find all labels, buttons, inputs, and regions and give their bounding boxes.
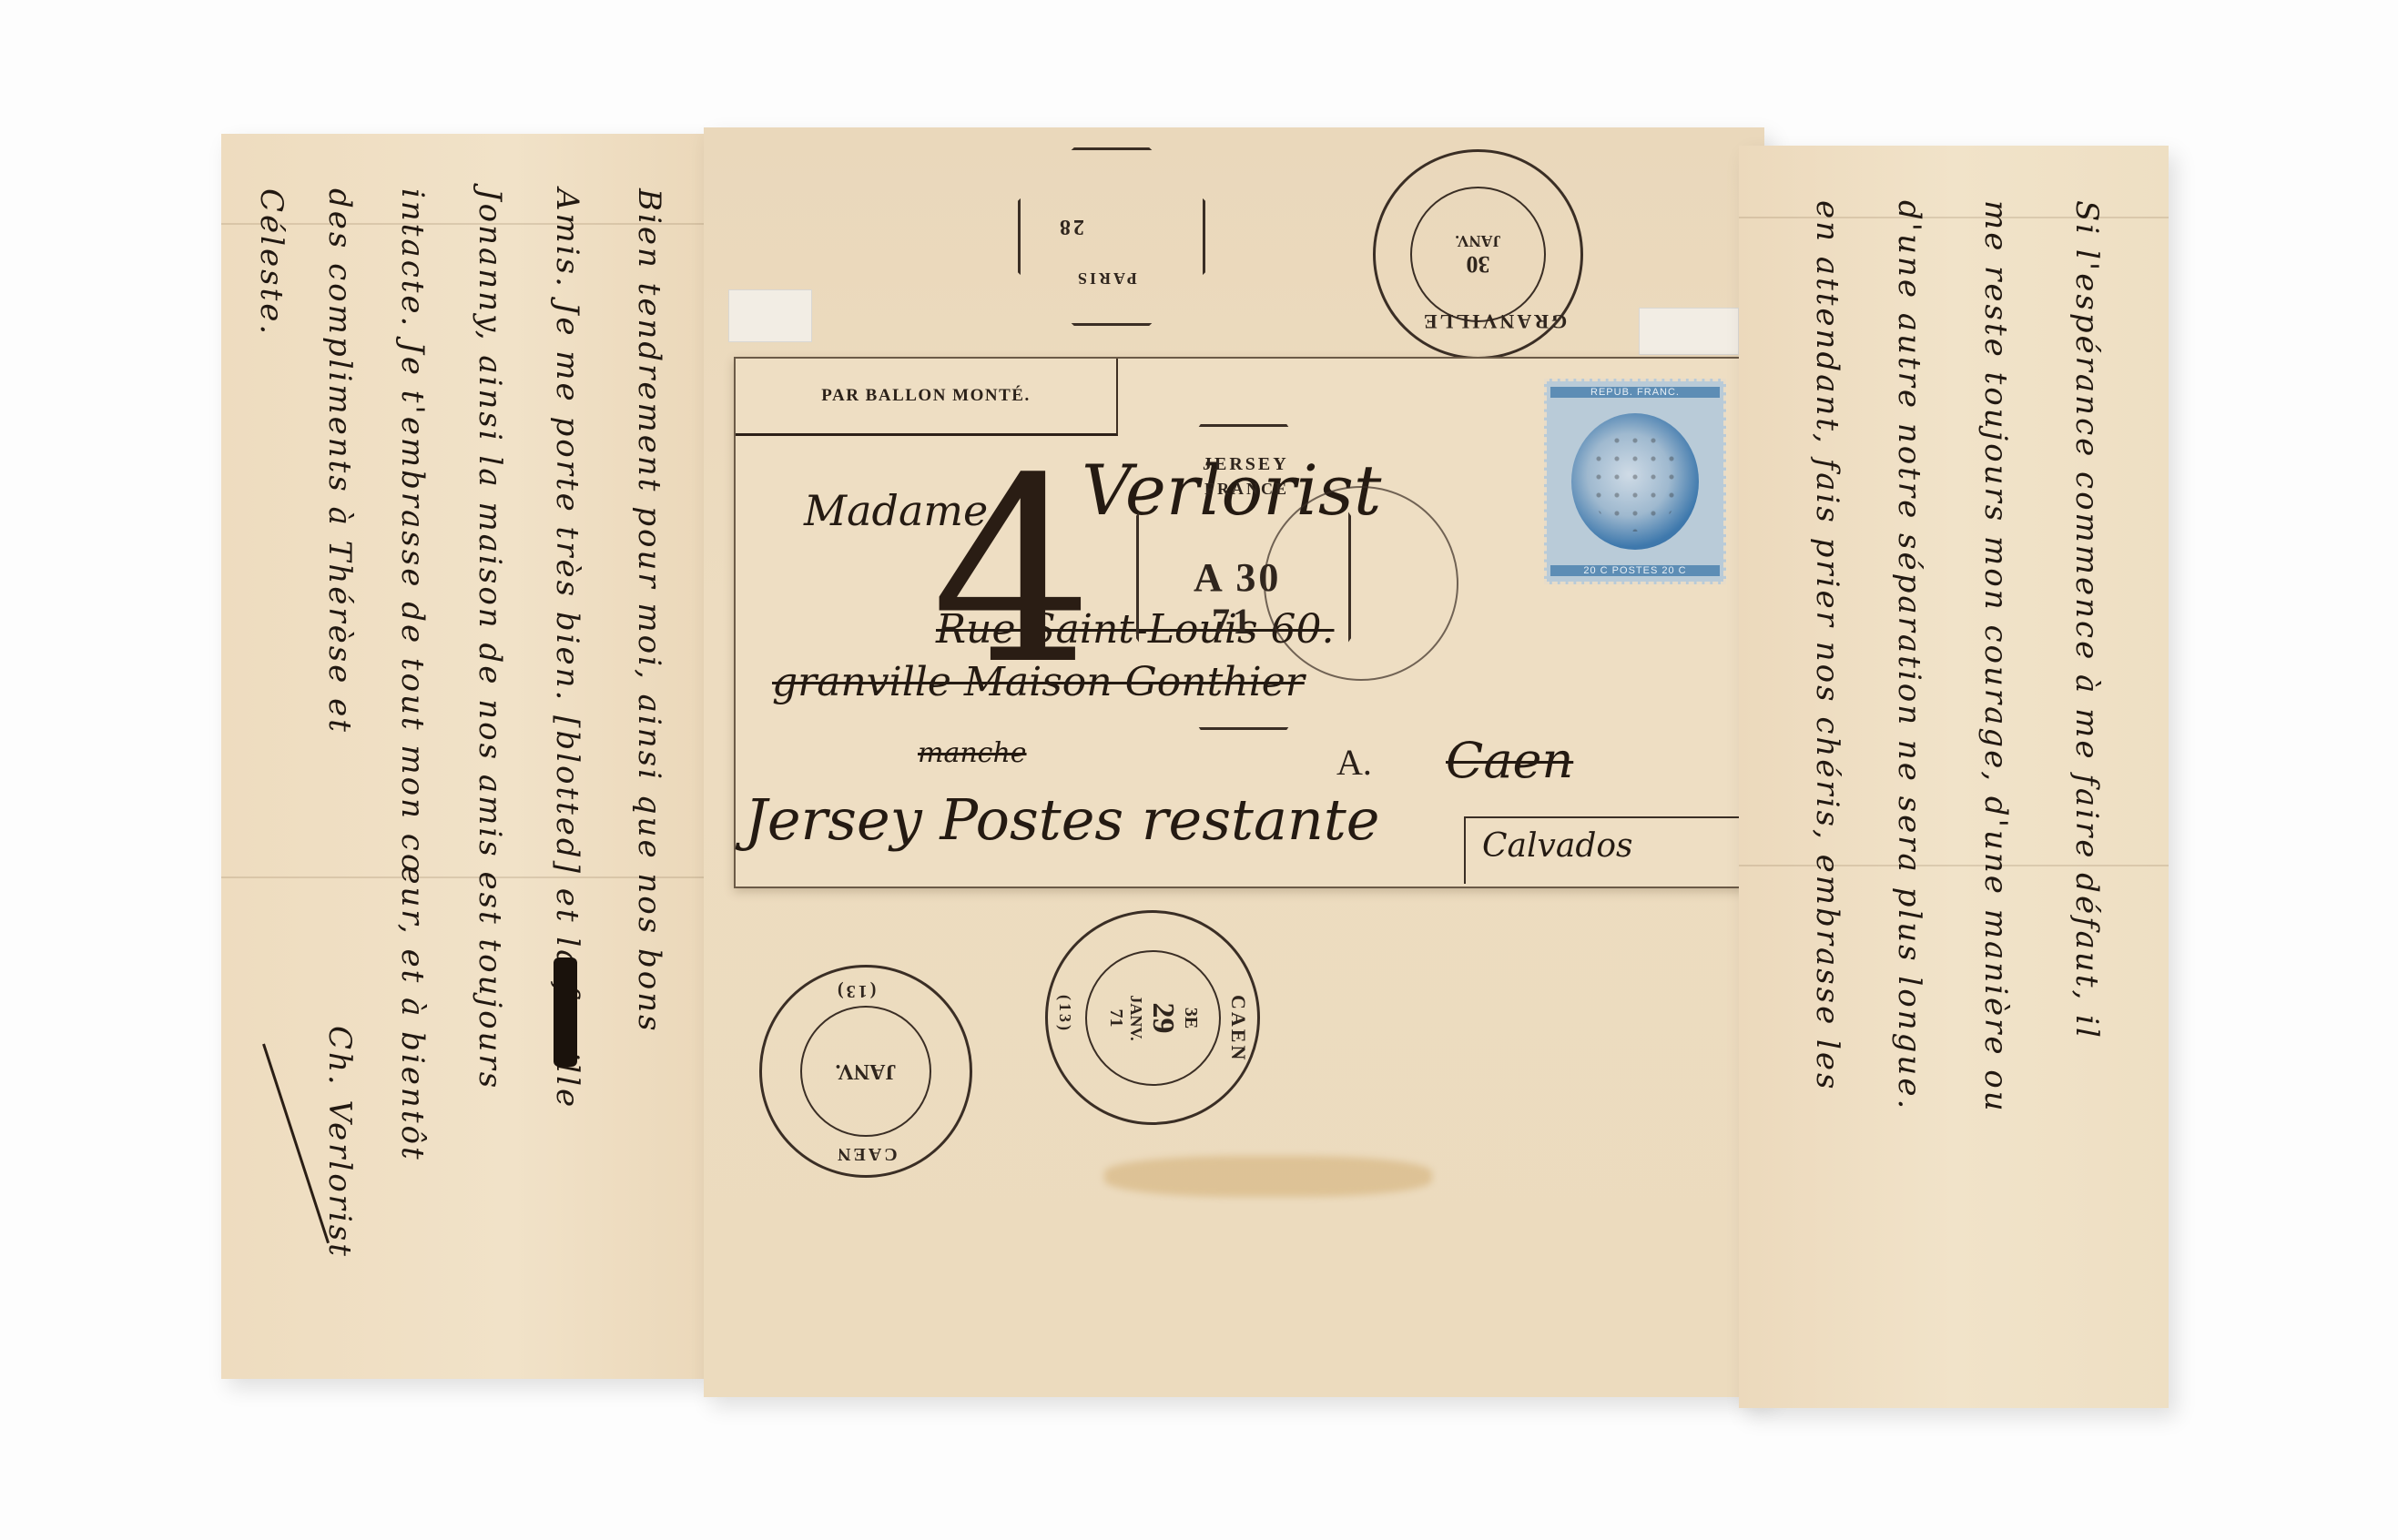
- jersey-circular-postmark: [1264, 486, 1458, 681]
- postage-stamp: REPUB. FRANC. 20 C POSTES 20 C: [1544, 379, 1726, 584]
- caen-front-postmark: 3E 29 JANV. 71 CAEN (13): [1045, 910, 1260, 1125]
- right-letter-panel: Si l'espérance commence à me faire défau…: [1739, 146, 2169, 1408]
- signature: Ch. Verlorist: [321, 1026, 358, 1259]
- handwritten-line: des compliments à Thérèse et: [321, 188, 358, 735]
- left-letter-panel: Bien tendrement pour moi, ainsi que nos …: [221, 134, 704, 1379]
- tape: [728, 289, 812, 342]
- handwritten-line: Bien tendrement pour moi, ainsi que nos …: [631, 188, 667, 1034]
- region-line: manche: [918, 737, 1027, 769]
- paris-octagonal-postmark: 28 PARIS: [1018, 147, 1205, 326]
- water-stain: [1104, 1156, 1432, 1197]
- ceres-portrait: [1571, 413, 1699, 550]
- redirect-address: Jersey Postes restante: [745, 786, 1379, 853]
- handwritten-line: Jonanny, ainsi la maison de nos amis est…: [472, 188, 508, 1090]
- handwritten-line: d'une autre notre séparation ne sera plu…: [1891, 200, 1927, 1111]
- handwritten-line: Céleste.: [253, 188, 290, 337]
- tape: [1639, 308, 1739, 355]
- caen-back-postmark: JANV. (13) CAEN: [759, 965, 972, 1178]
- department: Calvados: [1482, 827, 1633, 865]
- signature-flourish: [262, 1044, 330, 1244]
- handwritten-line: intacte. Je t'embrasse de tout mon cœur,…: [394, 188, 431, 1162]
- a-prefix: A.: [1336, 741, 1372, 784]
- granville-postmark: 30 JANV. GRANVILLE: [1373, 149, 1583, 360]
- handwritten-line: Si l'espérance commence à me faire défau…: [2068, 200, 2105, 1040]
- ink-blot: [554, 957, 577, 1067]
- tax-mark: 4: [931, 445, 1093, 700]
- handwritten-line: en attendant, fais prier nos chéris, emb…: [1809, 200, 1845, 1092]
- handwritten-line: me reste toujours mon courage, d'une man…: [1977, 200, 2014, 1114]
- star-cancel: [1590, 431, 1681, 532]
- destination-city: Caen: [1446, 732, 1573, 789]
